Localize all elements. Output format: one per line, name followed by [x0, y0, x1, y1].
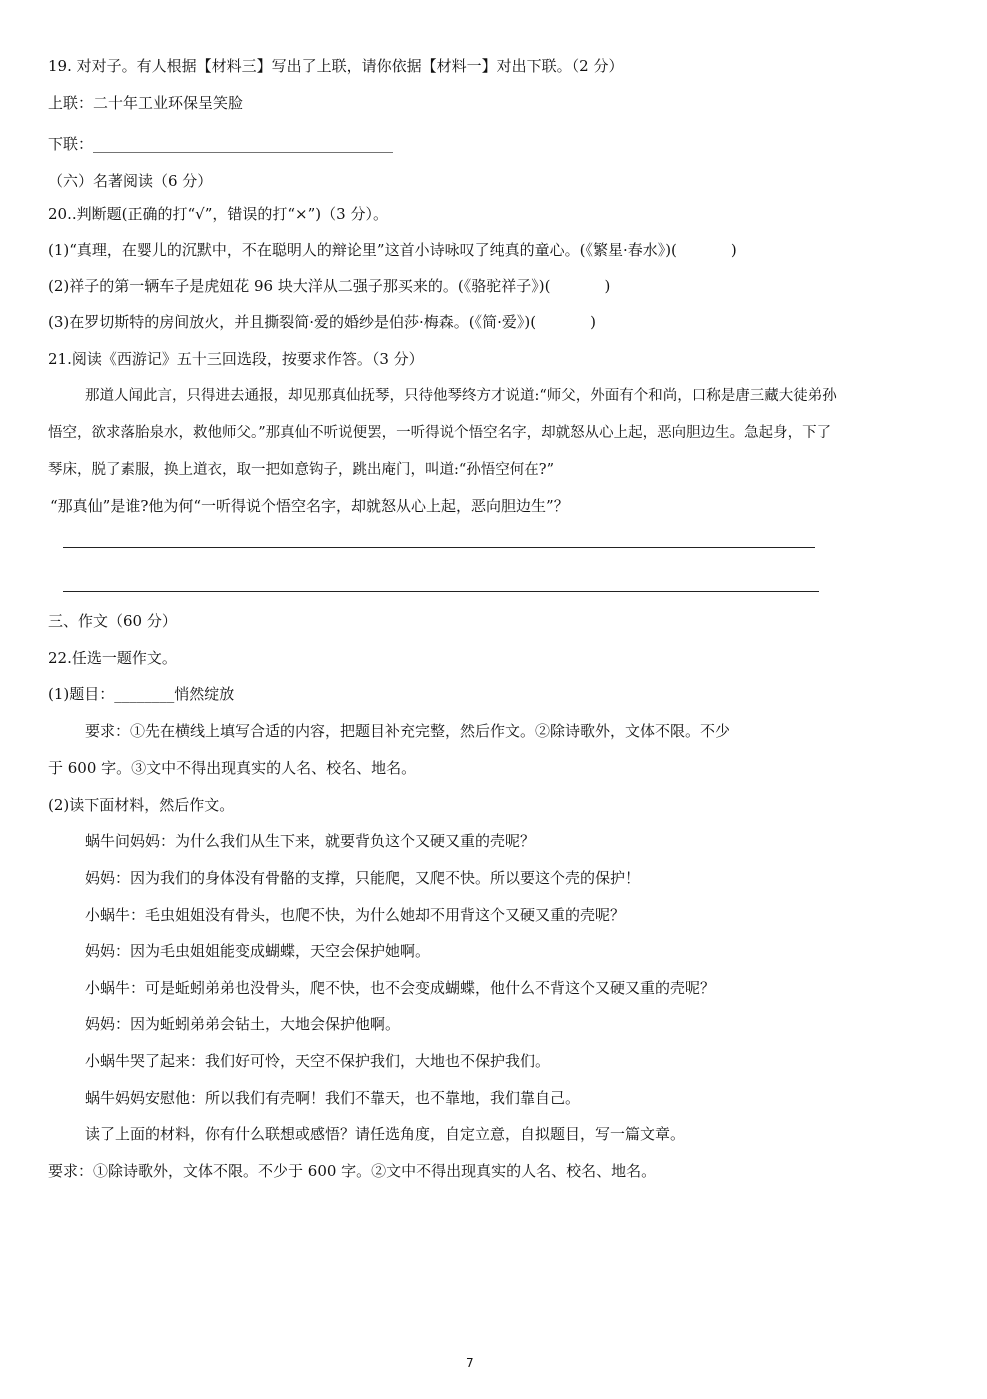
dialogue-line-1: 蜗牛问妈妈：为什么我们从生下来，就要背负这个又硬又重的壳呢？ [85, 831, 535, 851]
q21-answer-line-1[interactable] [63, 547, 815, 548]
section6-heading: （六）名著阅读（6 分） [48, 171, 212, 191]
q21-question: “那真仙”是谁?他为何“一听得说个悟空名字，却就怒从心上起，恶向胆边生”？ [50, 496, 569, 516]
q22-option1-suffix: 悄然绽放 [174, 685, 234, 703]
q21-passage-line-1: 那道人闻此言，只得进去通报，却见那真仙抚琴，只待他琴终方才说道:“师父，外面有个… [85, 386, 837, 406]
q20-item-3-close: ) [590, 313, 596, 331]
q19-upper-label: 上联： [48, 94, 93, 112]
dialogue-line-9: 读了上面的材料，你有什么联想或感悟？请任选角度，自定立意，自拟题目，写一篇文章。 [85, 1124, 685, 1144]
q19-lower-couplet: 下联：_____________________________________… [48, 134, 393, 154]
dialogue-line-4: 妈妈：因为毛虫姐姐能变成蝴蝶，天空会保护她啊。 [85, 941, 430, 961]
q22-prompt: 22.任选一题作文。 [48, 648, 177, 668]
q21-passage-line-3: 琴床，脱了素服，换上道衣，取一把如意钩子，跳出庵门，叫道:“孙悟空何在?” [48, 460, 554, 480]
dialogue-line-3: 小蜗牛：毛虫姐姐没有骨头，也爬不快，为什么她却不用背这个又硬又重的壳呢？ [85, 905, 625, 925]
q19-prompt: 19. 对对子。有人根据【材料三】写出了上联，请你依据【材料一】对出下联。（2 … [48, 56, 623, 76]
section3-heading: 三、作文（60 分） [48, 611, 177, 631]
dialogue-line-7: 小蜗牛哭了起来：我们好可怜，天空不保护我们，大地也不保护我们。 [85, 1051, 550, 1071]
q20-prompt: 20..判断题(正确的打“√”，错误的打“×”)（3 分）。 [48, 204, 388, 224]
q22-option1-title: (1)题目：________悄然绽放 [48, 684, 234, 704]
q22-option1-blank[interactable]: ________ [114, 685, 174, 703]
q22-option2-requirements: 要求：①除诗歌外，文体不限。不少于 600 字。②文中不得出现真实的人名、校名、… [48, 1161, 656, 1181]
q19-upper-value: 二十年工业环保呈笑脸 [93, 94, 243, 112]
q19-lower-label: 下联： [48, 135, 93, 153]
q22-option1-req-line-2: 于 600 字。③文中不得出现真实的人名、校名、地名。 [48, 758, 416, 778]
q20-item-1-close: ) [731, 241, 737, 259]
q22-option1-req-line-1: 要求：①先在横线上填写合适的内容，把题目补充完整，然后作文。②除诗歌外，文体不限… [85, 721, 730, 741]
q19-lower-blank[interactable]: ________________________________________ [93, 135, 393, 153]
q20-item-2: (2)祥子的第一辆车子是虎妞花 96 块大洋从二强子那买来的。(《骆驼祥子》)(… [48, 276, 610, 296]
q21-prompt: 21.阅读《西游记》五十三回选段，按要求作答。（3 分） [48, 349, 424, 369]
dialogue-line-6: 妈妈：因为蚯蚓弟弟会钻土，大地会保护他啊。 [85, 1014, 400, 1034]
q20-item-2-text: (2)祥子的第一辆车子是虎妞花 96 块大洋从二强子那买来的。(《骆驼祥子》)( [48, 277, 550, 295]
dialogue-line-8: 蜗牛妈妈安慰他：所以我们有壳啊！我们不靠天，也不靠地，我们靠自己。 [85, 1088, 580, 1108]
q22-option2-prompt: (2)读下面材料，然后作文。 [48, 795, 234, 815]
q20-item-2-close: ) [604, 277, 610, 295]
q20-item-3-text: (3)在罗切斯特的房间放火，并且撕裂简·爱的婚纱是伯莎·梅森。(《简·爱》)( [48, 313, 536, 331]
q21-passage-line-2: 悟空，欲求落胎泉水，救他师父。”那真仙不听说便罢，一听得说个悟空名字，却就怒从心… [48, 423, 831, 443]
q21-answer-line-2[interactable] [63, 591, 819, 592]
dialogue-line-2: 妈妈：因为我们的身体没有骨骼的支撑，只能爬，又爬不快。所以要这个壳的保护！ [85, 868, 640, 888]
q19-upper-couplet: 上联：二十年工业环保呈笑脸 [48, 93, 243, 113]
dialogue-line-5: 小蜗牛：可是蚯蚓弟弟也没骨头，爬不快，也不会变成蝴蝶，他什么不背这个又硬又重的壳… [85, 978, 715, 998]
q22-option1-prefix: (1)题目： [48, 685, 114, 703]
page-number: 7 [466, 1356, 474, 1370]
q20-item-1: (1)“真理，在婴儿的沉默中，不在聪明人的辩论里”这首小诗咏叹了纯真的童心。(《… [48, 240, 737, 260]
q20-item-3: (3)在罗切斯特的房间放火，并且撕裂简·爱的婚纱是伯莎·梅森。(《简·爱》)() [48, 312, 596, 332]
q20-item-1-text: (1)“真理，在婴儿的沉默中，不在聪明人的辩论里”这首小诗咏叹了纯真的童心。(《… [48, 241, 677, 259]
